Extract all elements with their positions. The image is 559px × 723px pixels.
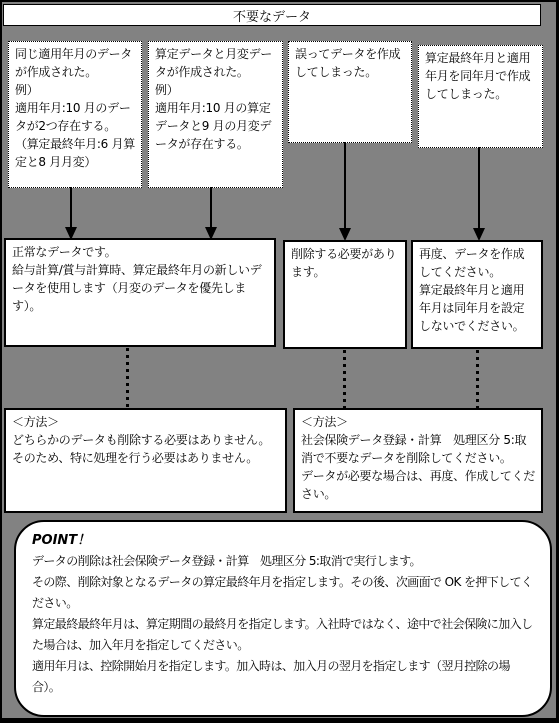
down-arrow-icon bbox=[65, 187, 78, 240]
title-box: 不要なデータ bbox=[3, 4, 541, 26]
cause-same-yearmonth-text: 算定最終年月と適用年月を同年月で作成してしまった。 bbox=[419, 46, 542, 106]
down-arrow-icon bbox=[205, 187, 218, 240]
point-note-box: POINT！ データの削除は社会保険データ登録・計算 処理区分 5:取消で実行し… bbox=[14, 520, 552, 717]
cause-same-tekiyou-text: 同じ適用年月のデータが作成された。 例） 適用年月:10 月のデータが2つ存在す… bbox=[9, 42, 141, 174]
result-normal-data-text: 正常なデータです。 給与計算/賞与計算時、算定最終年月の新しいデータを使用します… bbox=[6, 240, 274, 318]
method-no-action-text: ＜方法＞ どちらかのデータも削除する必要はありません。そのため、特に処理を行う必… bbox=[6, 410, 285, 470]
point-line-4: 適用年月は、控除開始月を指定します。加入時は、加入月の翌月を指定します（翌月控除… bbox=[32, 656, 534, 698]
arrow-shaft bbox=[344, 142, 346, 229]
cause-santei-geppen-box: 算定データと月変データが作成された。 例） 適用年月:10 月の算定データと9 … bbox=[148, 41, 283, 188]
dotted-connector bbox=[343, 350, 346, 408]
down-arrow-icon bbox=[339, 142, 352, 241]
arrow-shaft bbox=[70, 187, 72, 228]
point-line-2: その際、削除対象となるデータの算定最終年月を指定します。その後、次画面で OK … bbox=[32, 572, 534, 614]
point-line-3: 算定最終最終年月は、算定期間の最終月を指定します。入社時ではなく、途中で社会保険… bbox=[32, 614, 534, 656]
down-arrow-icon bbox=[473, 147, 486, 241]
flowchart-canvas: 不要なデータ 同じ適用年月のデータが作成された。 例） 適用年月:10 月のデー… bbox=[0, 0, 559, 723]
method-delete-box: ＜方法＞ 社会保険データ登録・計算 処理区分 5:取消で不要なデータを削除してく… bbox=[293, 408, 543, 513]
method-delete-text: ＜方法＞ 社会保険データ登録・計算 処理区分 5:取消で不要なデータを削除してく… bbox=[295, 410, 541, 506]
result-recreate-text: 再度、データを作成してください。 算定最終年月と適用年月は同年月を設定しないでく… bbox=[413, 242, 541, 338]
result-delete-needed-box: 削除する必要があります。 bbox=[283, 240, 407, 349]
result-delete-needed-text: 削除する必要があります。 bbox=[285, 242, 405, 284]
method-no-action-box: ＜方法＞ どちらかのデータも削除する必要はありません。そのため、特に処理を行う必… bbox=[4, 408, 287, 513]
dotted-connector bbox=[476, 350, 479, 408]
arrow-shaft bbox=[210, 187, 212, 228]
cause-mistake-box: 誤ってデータを作成してしまった。 bbox=[288, 41, 412, 143]
point-label: POINT！ bbox=[32, 531, 534, 551]
arrow-shaft bbox=[478, 147, 480, 229]
dotted-connector bbox=[126, 348, 129, 408]
page-title: 不要なデータ bbox=[233, 6, 311, 25]
cause-same-yearmonth-box: 算定最終年月と適用年月を同年月で作成してしまった。 bbox=[418, 45, 543, 148]
result-normal-data-box: 正常なデータです。 給与計算/賞与計算時、算定最終年月の新しいデータを使用します… bbox=[4, 238, 276, 347]
cause-santei-geppen-text: 算定データと月変データが作成された。 例） 適用年月:10 月の算定データと9 … bbox=[149, 42, 282, 156]
cause-same-tekiyou-box: 同じ適用年月のデータが作成された。 例） 適用年月:10 月のデータが2つ存在す… bbox=[8, 41, 142, 188]
cause-mistake-text: 誤ってデータを作成してしまった。 bbox=[289, 42, 411, 84]
point-line-1: データの削除は社会保険データ登録・計算 処理区分 5:取消で実行します。 bbox=[32, 551, 534, 572]
result-recreate-box: 再度、データを作成してください。 算定最終年月と適用年月は同年月を設定しないでく… bbox=[411, 240, 543, 349]
